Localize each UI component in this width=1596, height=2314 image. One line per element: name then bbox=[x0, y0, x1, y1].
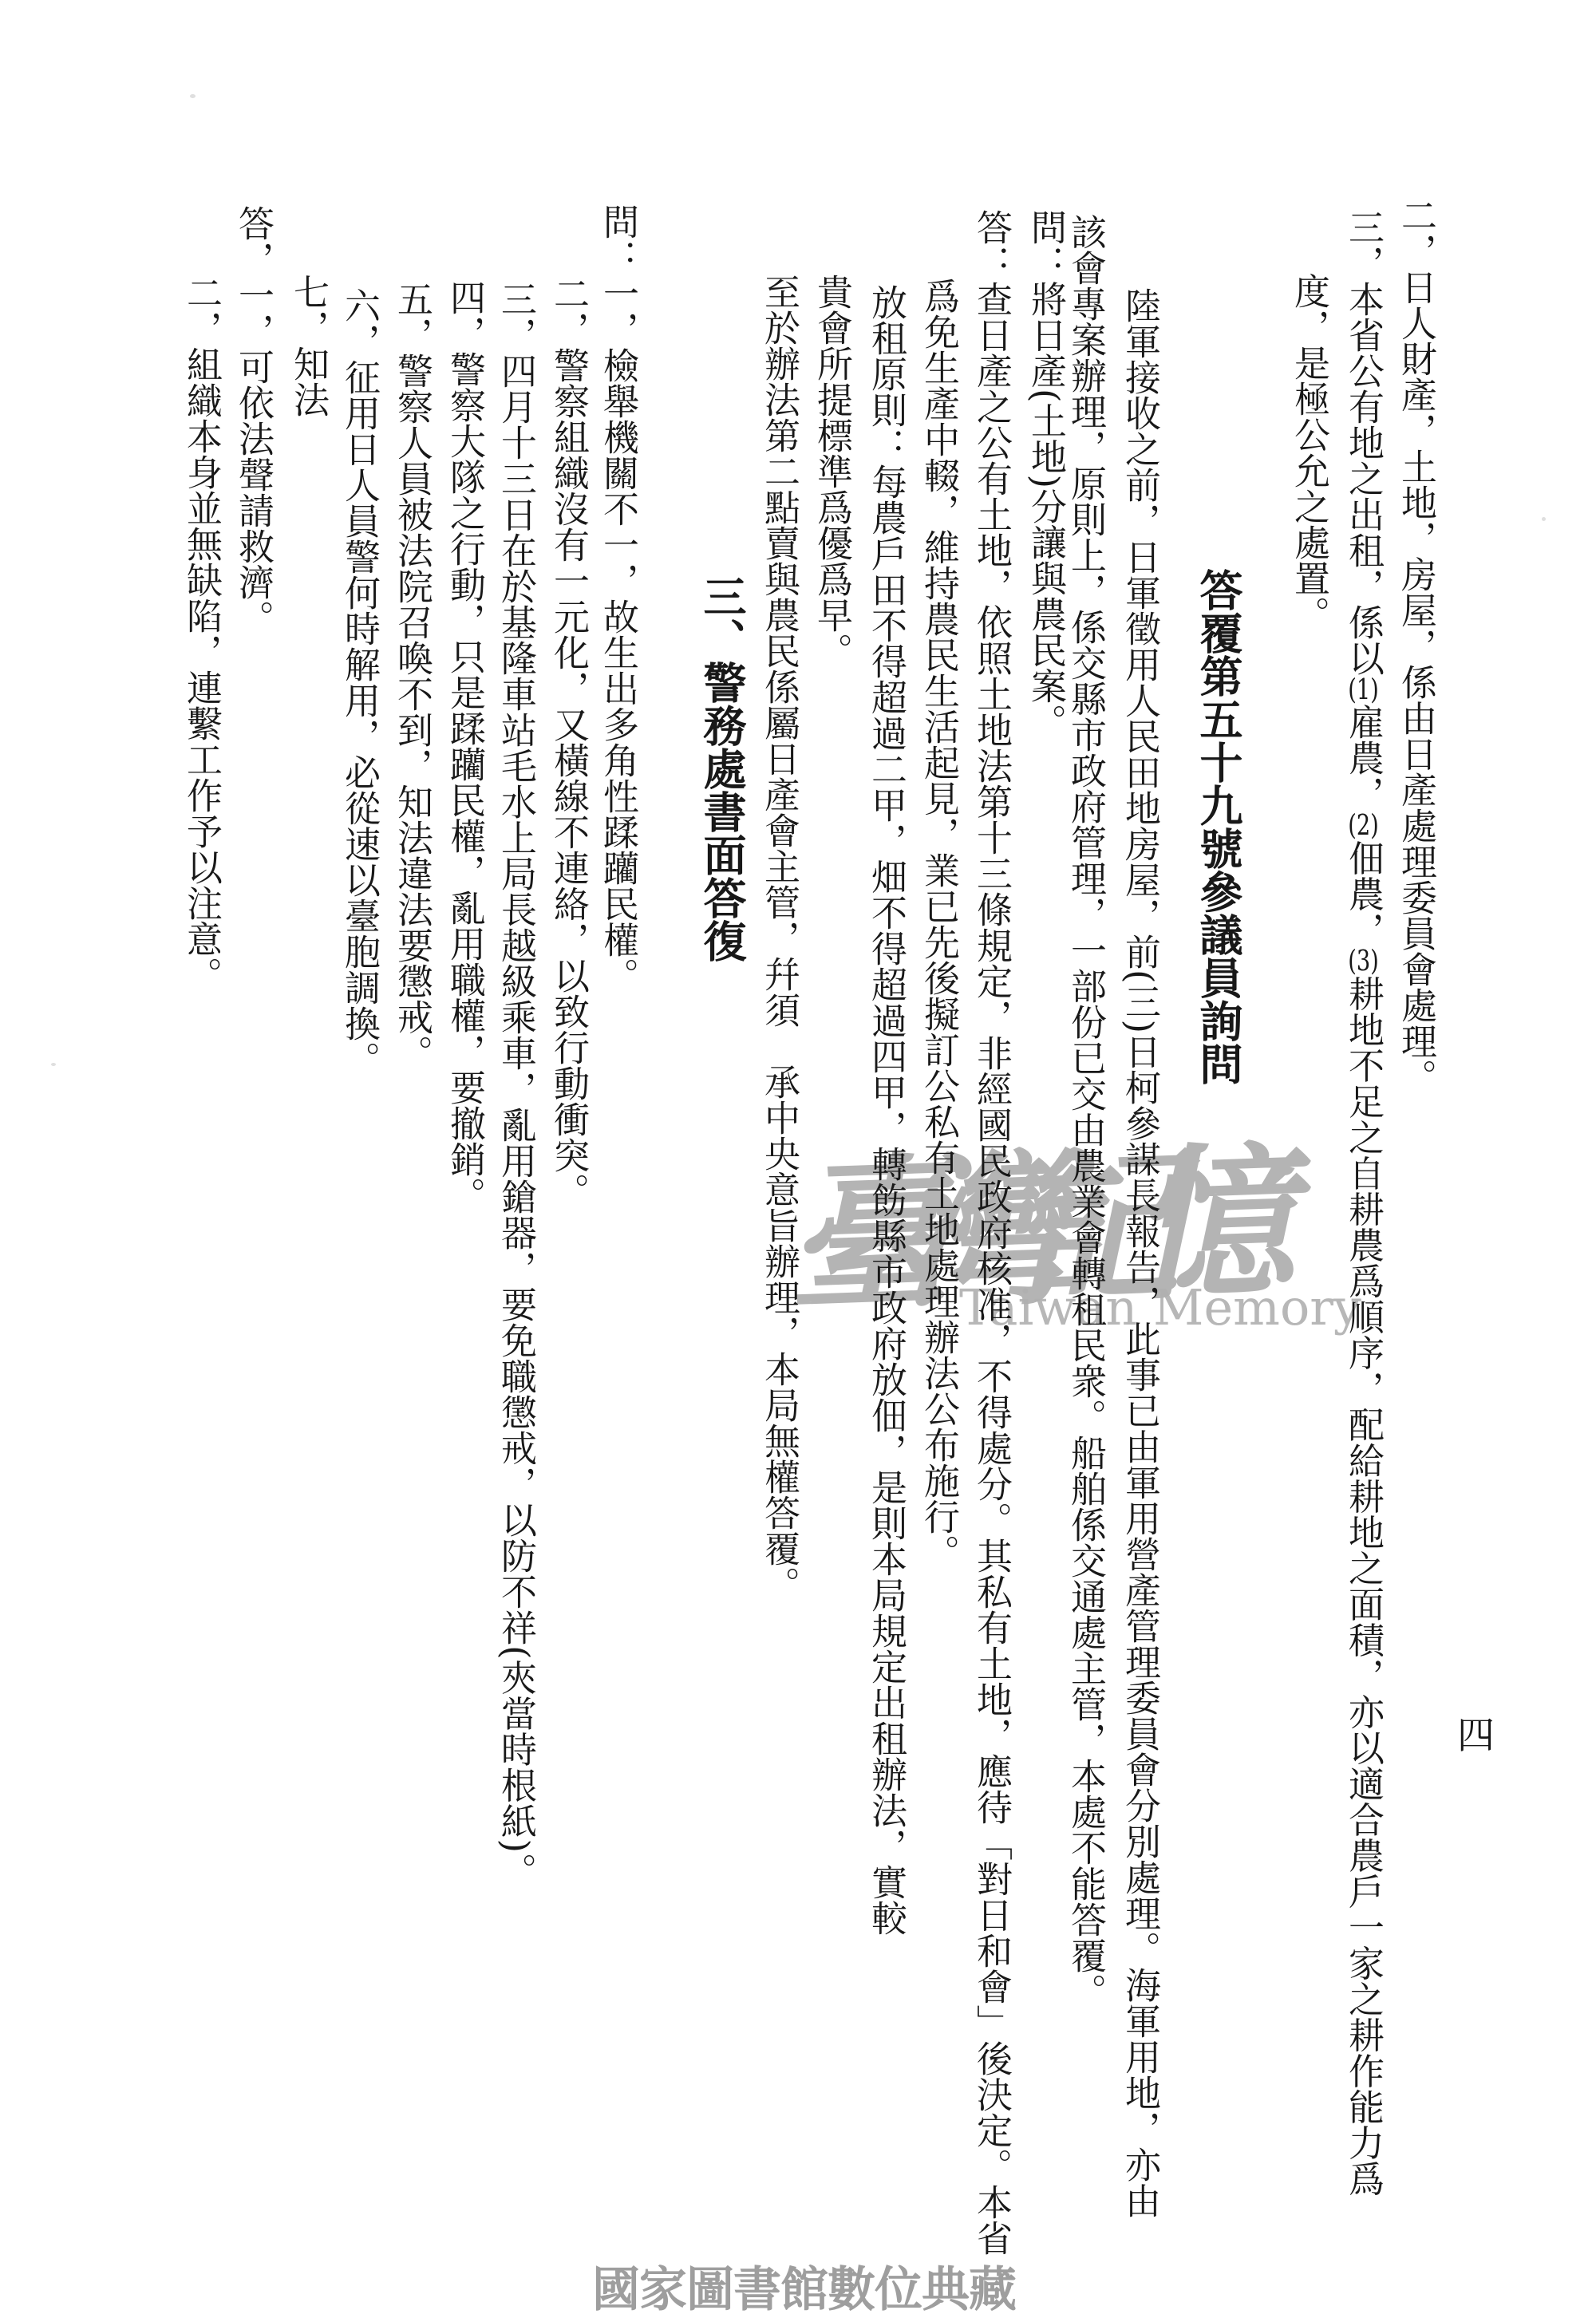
text-column: 答，一，可依法聲請救濟。 bbox=[235, 205, 271, 636]
text-column: 二，日人財產，土地，房屋，係由日產處理委員會處理。 bbox=[1398, 197, 1434, 1095]
text-column: 爲免生產中輟，維持農民生活起見，業已先後擬訂公私有土地處理辦法公布施行。 bbox=[921, 278, 957, 1570]
scan-speck bbox=[190, 94, 196, 98]
scan-speck bbox=[1542, 517, 1546, 521]
text-column: 答：查日產之公有土地，依照土地法第十三條規定，非經國民政府核准，不得處分。其私有… bbox=[974, 209, 1009, 2256]
text-column: 五，警察人員被法院召喚不到，知法違法要懲戒。 bbox=[394, 281, 430, 1071]
text-column: 問：一，檢舉機關不一，故生出多角性蹂躪民權。 bbox=[600, 203, 636, 993]
text-column: 放租原則：每農戶田不得超過二甲，畑不得超過四甲，轉飭縣市政府放佃，是則本局規定出… bbox=[868, 284, 904, 1936]
text-column: 貴會所提標準爲優爲早。 bbox=[814, 274, 850, 669]
archive-caption: 國家圖書館數位典藏 bbox=[592, 2252, 1016, 2314]
text-column: 六，征用日人員警何時解用，必從速以臺胞調換。 bbox=[342, 287, 377, 1077]
text-column: 問：將日產(土地)分讓與農民案。 bbox=[1028, 209, 1064, 740]
text-column: 至於辦法第二點賣與農民係屬日產會主管，幷須 承中央意旨辦理，本局無權答覆。 bbox=[761, 274, 797, 1602]
text-column: 二，組織本身並無缺陷，連繫工作予以注意。 bbox=[184, 274, 219, 993]
section-heading: 三、警務處書面答復 bbox=[701, 575, 744, 962]
page-number: 四 bbox=[1457, 1706, 1495, 1759]
section-heading: 答覆第五十九號參議員詢問 bbox=[1197, 568, 1240, 1085]
text-column: 三，本省公有地之出租，係以(1)雇農，(2)佃農，(3)耕地不足之自耕農爲順序，… bbox=[1345, 209, 1381, 2196]
text-column: 四，警察大隊之行動，只是蹂躪民權，亂用職權，要撤銷。 bbox=[447, 279, 483, 1213]
text-column: 陸軍接收之前，日軍徵用人民田地房屋，前(三)日柯參謀長報告，此事已由軍用營產管理… bbox=[1122, 287, 1158, 2218]
text-column: 該會專案辦理，原則上，係交縣市政府管理，一部份已交由農業會轉租民衆。船舶係交通處… bbox=[1068, 214, 1104, 2009]
text-column: 度，是極公允之處置。 bbox=[1291, 273, 1327, 632]
text-column: 二，警察組織沒有一元化，又橫線不連絡，以致行動衝突。 bbox=[551, 275, 587, 1209]
scanned-page: 臺灣記憶 Taiwan Memory 二，日人財產，土地，房屋，係由日產處理委員… bbox=[0, 0, 1596, 2314]
watermark-script-text: 臺灣記憶 bbox=[782, 1092, 1248, 1343]
text-column: 三，四月十三日在於基隆車站毛水上局長越級乘車，亂用鎗器，要免職懲戒，以防不祥(夾… bbox=[498, 281, 534, 1889]
text-column: 七，知法 bbox=[290, 274, 326, 417]
scan-speck bbox=[51, 1063, 56, 1066]
